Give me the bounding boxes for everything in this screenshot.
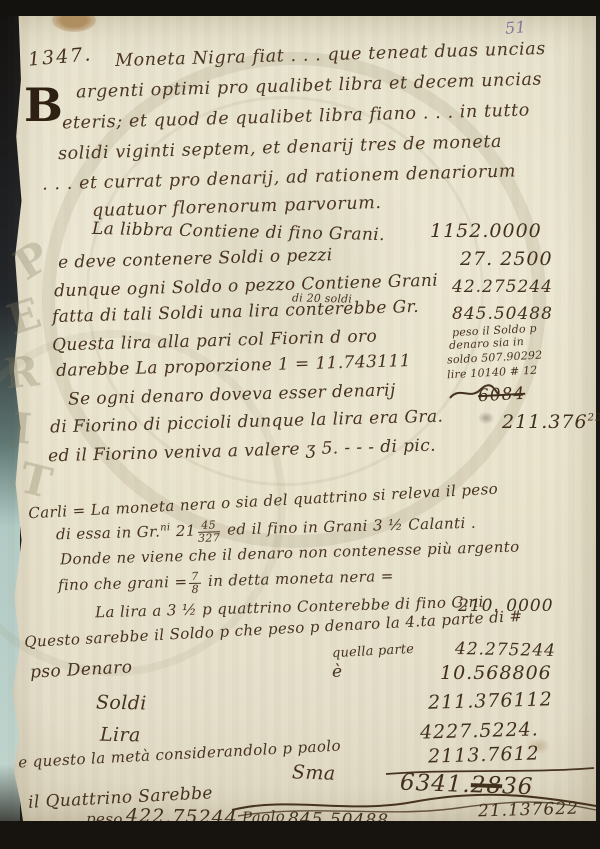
row-label: è <box>332 662 342 682</box>
amount-value: 1152.0000 <box>430 220 542 242</box>
fraction: 45327 <box>197 519 220 544</box>
note-text: ed il fino in Grani 3 ½ Calanti . <box>227 514 476 539</box>
row-label: Soldi <box>96 691 147 714</box>
amount-value: 42.275244 <box>452 277 553 297</box>
note-text: in detta moneta nera = <box>208 567 394 590</box>
amount-superscript: 22 <box>588 413 600 424</box>
amount-value: 10.568806 <box>440 662 552 684</box>
note-text: di essa in Gr. <box>56 523 161 544</box>
sum-struck-digits: 28 <box>470 772 502 799</box>
fraction-denominator: 327 <box>198 532 221 544</box>
scanner-edge-top <box>0 0 600 16</box>
initial-letter: B <box>24 82 63 128</box>
fraction-denominator: 8 <box>189 583 201 595</box>
note-superscript: ni <box>160 522 171 533</box>
strikethrough-number: 6084 <box>478 384 526 406</box>
amount-value: 4227.5224. <box>420 718 539 743</box>
sum-suffix: 36 <box>502 773 534 800</box>
fraction: 78 <box>189 571 201 595</box>
folio-number: 51 <box>504 17 527 38</box>
sum-label: Sma <box>292 761 336 785</box>
amount-value: 845.50488 <box>452 304 553 324</box>
note-text: 21 <box>176 522 196 541</box>
fraction-numerator: 7 <box>189 571 201 584</box>
sum-prefix: 6341. <box>400 770 472 798</box>
amount-value: 42.275244 <box>455 639 556 661</box>
row-label: Lira <box>100 724 141 747</box>
note-text: fino che grani = <box>58 573 188 595</box>
amount-value: 211.376112 <box>428 688 553 713</box>
amount-value: 21.137622 <box>478 799 579 822</box>
scanner-edge-bottom <box>0 821 600 849</box>
amount-value: 2113.7612 <box>428 742 540 767</box>
manuscript-scan: P E R I T 51 1347. B Moneta Nigra fiat .… <box>0 0 600 849</box>
amount-main: 211.376 <box>502 411 588 433</box>
amount-value: 211.37622 <box>502 411 600 433</box>
amount-value: 27. 2500 <box>460 248 553 270</box>
sum-value: 6341.2836 <box>400 770 534 801</box>
